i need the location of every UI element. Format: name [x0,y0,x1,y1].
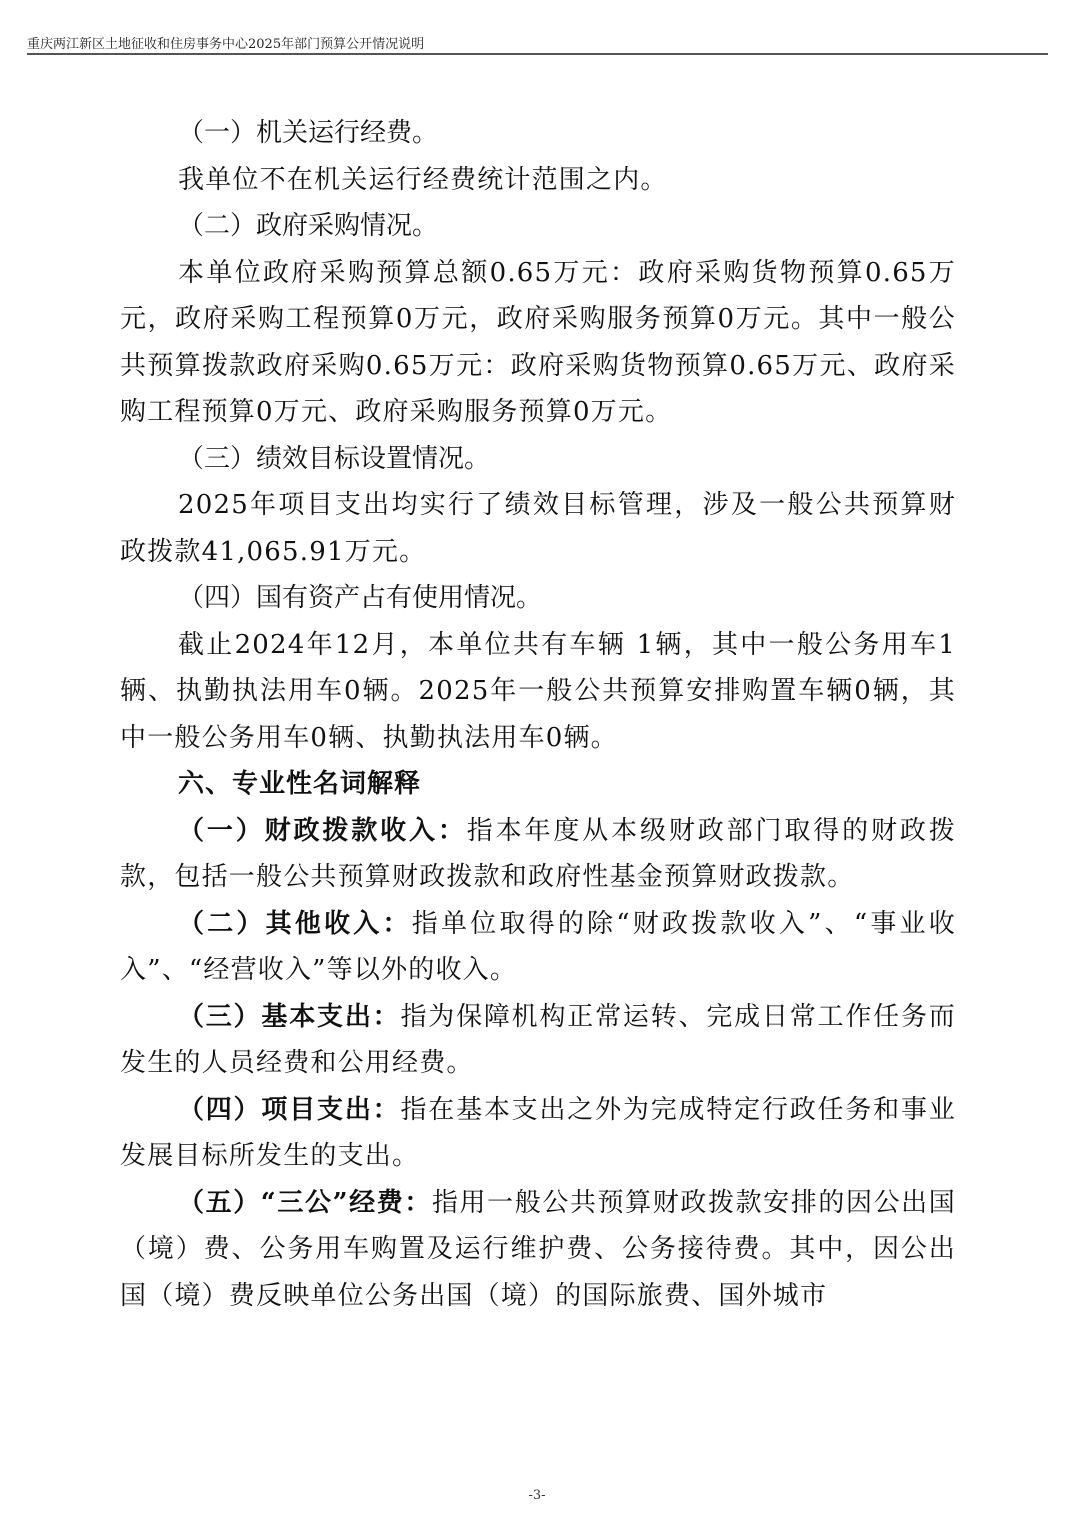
paragraph-performance-targets: 2025年项目支出均实行了绩效目标管理，涉及一般公共预算财政拨款41,065.9… [120,482,956,575]
heading-state-assets: （四）国有资产占有使用情况。 [120,575,956,622]
running-header-title: 重庆两江新区土地征收和住房事务中心2025年部门预算公开情况说明 [27,33,424,52]
definition-other-income: （二）其他收入：指单位取得的除“财政拨款收入”、“事业收入”、“经营收入”等以外… [120,901,956,994]
header-divider [27,53,1048,55]
heading-performance-targets: （三）绩效目标设置情况。 [120,436,956,483]
definition-term: （三）基本支出： [178,1002,400,1032]
definition-term: （五）“三公”经费： [178,1188,432,1218]
definition-basic-expenditure: （三）基本支出：指为保障机构正常运转、完成日常工作任务而发生的人员经费和公用经费… [120,994,956,1087]
heading-office-operating-expenses: （一）机关运行经费。 [120,110,956,157]
document-body: （一）机关运行经费。 我单位不在机关运行经费统计范围之内。 （二）政府采购情况。… [120,110,956,1319]
heading-terminology: 六、专业性名词解释 [120,761,956,808]
paragraph-office-operating-expenses: 我单位不在机关运行经费统计范围之内。 [120,157,956,204]
definition-three-public-expenses: （五）“三公”经费：指用一般公共预算财政拨款安排的因公出国（境）费、公务用车购置… [120,1180,956,1320]
definition-project-expenditure: （四）项目支出：指在基本支出之外为完成特定行政任务和事业发展目标所发生的支出。 [120,1087,956,1180]
definition-term: （二）其他收入： [178,909,412,939]
definition-term: （四）项目支出： [178,1095,400,1125]
paragraph-government-procurement: 本单位政府采购预算总额0.65万元：政府采购货物预算0.65万元，政府采购工程预… [120,250,956,436]
paragraph-state-assets: 截止2024年12月，本单位共有车辆 1辆，其中一般公务用车1辆、执勤执法用车0… [120,622,956,762]
definition-fiscal-appropriation-income: （一）财政拨款收入：指本年度从本级财政部门取得的财政拨款，包括一般公共预算财政拨… [120,808,956,901]
heading-government-procurement: （二）政府采购情况。 [120,203,956,250]
definition-term: （一）财政拨款收入： [178,816,467,846]
page-number: -3- [0,1488,1074,1503]
